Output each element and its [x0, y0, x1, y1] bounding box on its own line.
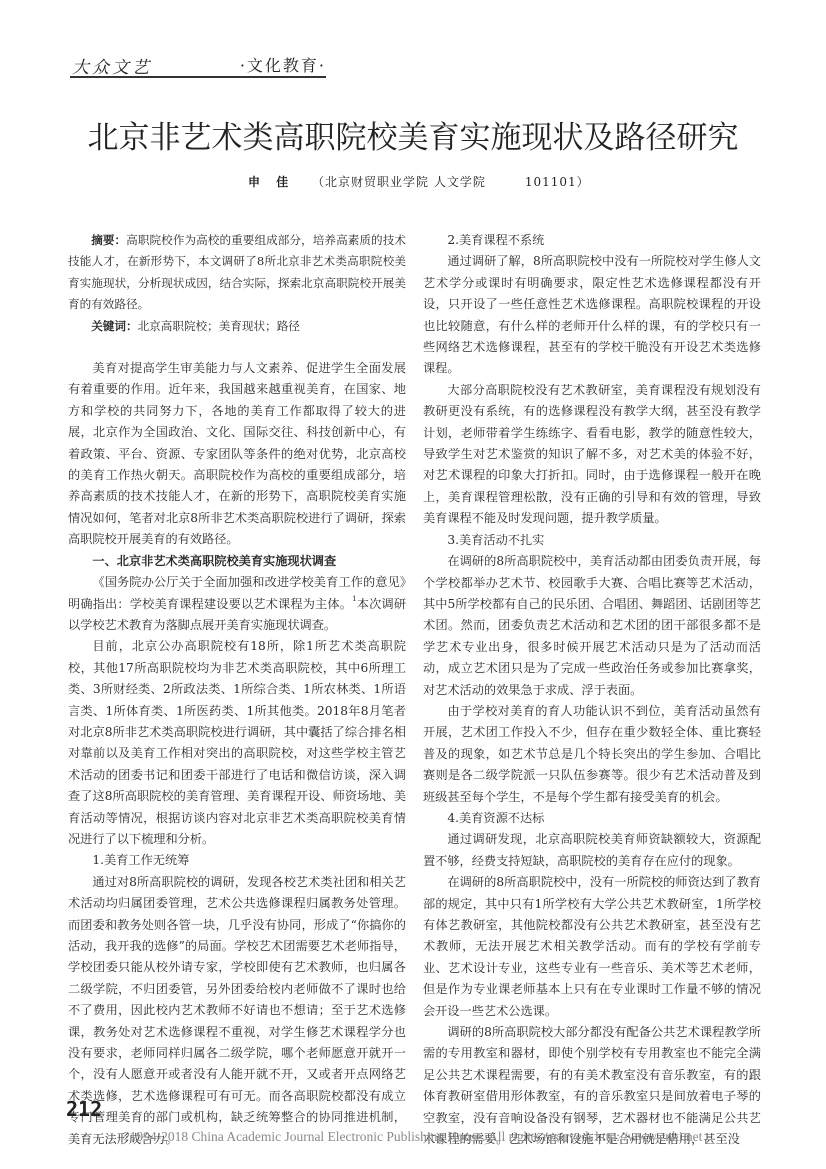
- paragraph: 通过调研发现，北京高职院校美育师资缺额较大，资源配置不够，经费支持短缺，高职院校…: [423, 829, 761, 872]
- paragraph: 目前，北京公办高职院校有18所，除1所艺术类高职院校，其他17所高职院校均为非艺…: [68, 636, 406, 850]
- author-name: 申 佳: [248, 173, 294, 190]
- running-header: 大众文艺 ·文化教育·: [70, 52, 326, 78]
- paragraph: 大部分高职院校没有艺术教研室，美育课程没有规划没有教研更没有系统，有的选修课程没…: [423, 380, 761, 530]
- abstract-label: 摘要：: [91, 233, 126, 247]
- keywords-label: 关键词：: [91, 319, 137, 333]
- abstract: 摘要：高职院校作为高校的重要组成部分，培养高素质的技术技能人才，在新形势下，本文…: [68, 230, 406, 316]
- paragraph: 通过对8所高职院校的调研，发现各校艺术类社团和相关艺术活动均归属团委管理，艺术公…: [68, 872, 406, 1150]
- subsection-heading: 4.美育资源不达标: [423, 808, 761, 829]
- paragraph: 通过调研了解，8所高职院校中没有一所院校对学生修人文艺术学分或课时有明确要求，限…: [423, 251, 761, 379]
- paragraph: 《国务院办公厅关于全面加强和改进学校美育工作的意见》明确指出：学校美育课程建设要…: [68, 572, 406, 636]
- subsection-heading: 2.美育课程不系统: [423, 230, 761, 251]
- paragraph: 在调研的8所高职院校中，没有一所院校的师资达到了教育部的规定，其中只有1所学校有…: [423, 872, 761, 1022]
- author-affiliation: （北京财贸职业学院 人文学院 101101）: [312, 173, 590, 190]
- article-title: 北京非艺术类高职院校美育实施现状及路径研究: [0, 112, 826, 157]
- paragraph: 在调研的8所高职院校中，美育活动都由团委负责开展，每个学校都举办艺术节、校园歌手…: [423, 551, 761, 701]
- right-column: 2.美育课程不系统 通过调研了解，8所高职院校中没有一所院校对学生修人文艺术学分…: [423, 230, 761, 1150]
- intro-paragraph: 美育对提高学生审美能力与人文素养、促进学生全面发展有着重要的作用。近年来，我国越…: [68, 358, 406, 551]
- column-name: ·文化教育·: [240, 53, 326, 76]
- paragraph-text: 《国务院办公厅关于全面加强和改进学校美育工作的意见》明确指出：学校美育课程建设要…: [68, 575, 406, 610]
- subsection-heading: 3.美育活动不扎实: [423, 530, 761, 551]
- journal-name: 大众文艺: [72, 53, 152, 78]
- copyright-notice: ?1994-2018 China Academic Journal Electr…: [0, 1129, 826, 1145]
- keywords-text: 北京高职院校；美育现状；路径: [138, 319, 300, 333]
- left-column: 摘要：高职院校作为高校的重要组成部分，培养高素质的技术技能人才，在新形势下，本文…: [68, 230, 406, 1150]
- abstract-block: 摘要：高职院校作为高校的重要组成部分，培养高素质的技术技能人才，在新形势下，本文…: [68, 230, 406, 337]
- page-number: 212: [66, 1097, 102, 1121]
- section-heading: 一、北京非艺术类高职院校美育实施现状调查: [68, 551, 406, 572]
- paragraph: 由于学校对美育的育人功能认识不到位，美育活动虽然有开展，艺术团工作投入不少，但存…: [423, 701, 761, 808]
- keywords: 关键词：北京高职院校；美育现状；路径: [68, 316, 406, 337]
- subsection-heading: 1.美育工作无统筹: [68, 850, 406, 871]
